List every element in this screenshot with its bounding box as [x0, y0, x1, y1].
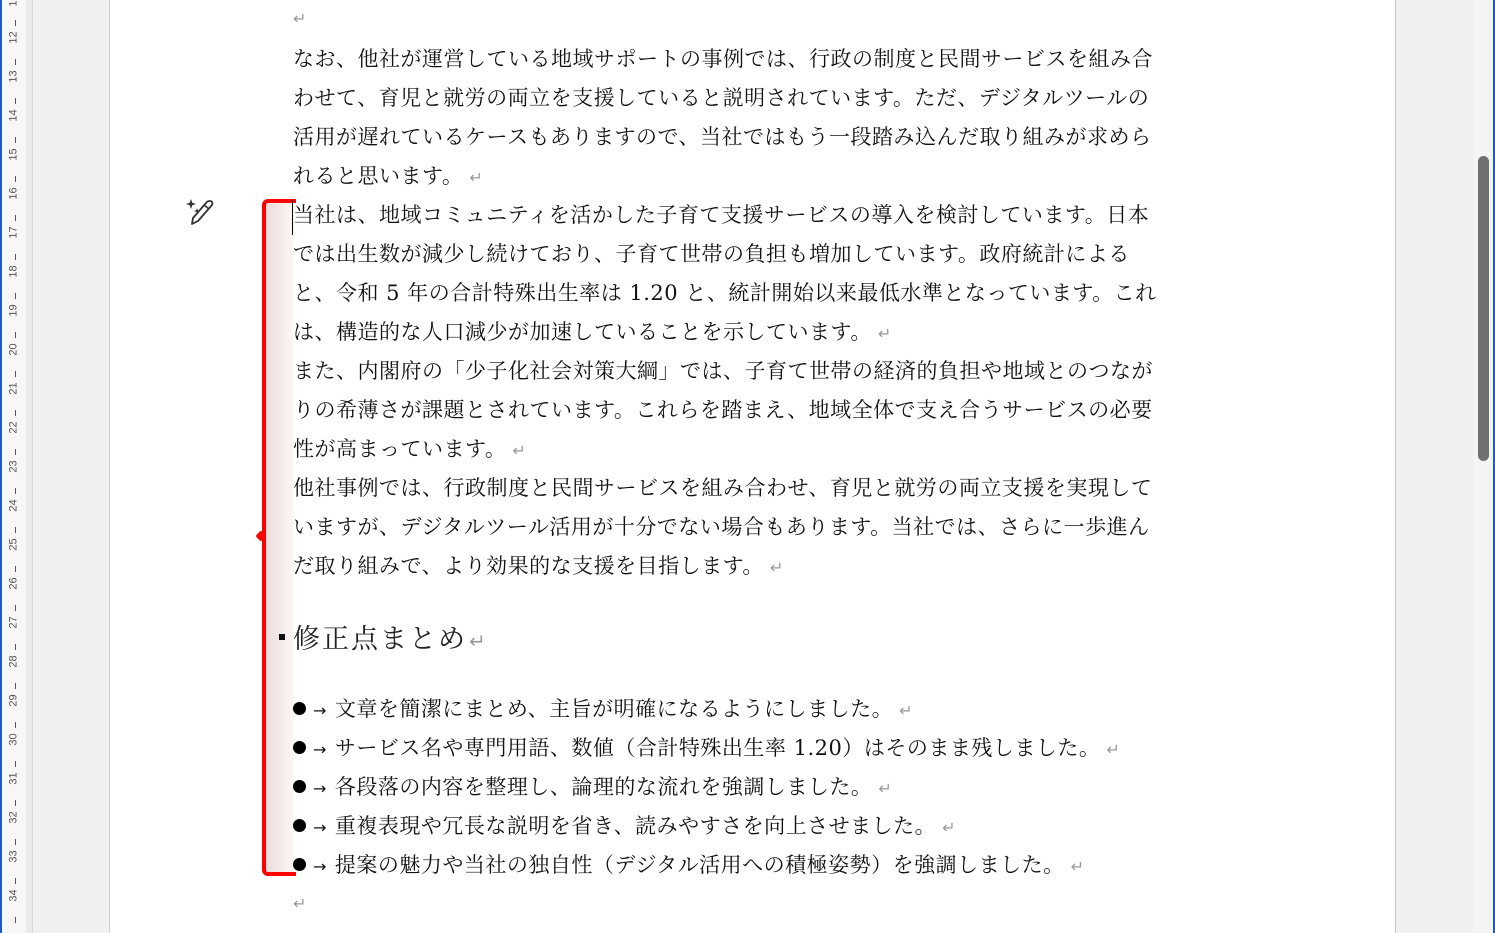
paragraph-mark: ↵ [512, 441, 526, 460]
ruler-tick: 19 [2, 305, 26, 316]
ruler-tick: 29 [2, 695, 26, 706]
text-line: では出生数が減少し続けており、子育て世帯の負担も増加しています。政府統計による [293, 235, 1157, 274]
text-line: りの希薄さが課題とされています。これらを踏まえ、地域全体で支え合うサービスの必要 [293, 391, 1153, 430]
paragraph-mark: ↵ [942, 818, 956, 837]
ruler-tick: 1 [2, 0, 26, 9]
ruler-tick: 25 [2, 539, 26, 550]
arrow-icon: → [313, 740, 327, 759]
ruler-tick: 26 [2, 578, 26, 589]
list-item[interactable]: →重複表現や冗長な説明を省き、読みやすさを向上させました。↵ [293, 807, 1120, 846]
paragraph-mark: ↵ [469, 168, 483, 187]
paragraph-mark: ↵ [469, 629, 488, 653]
revised-paragraph-3[interactable]: 他社事例では、行政制度と民間サービスを組み合わせ、育児と就労の両立支援を実現して… [293, 469, 1152, 586]
text-line: なお、他社が運営している地域サポートの事例では、行政の制度と民間サービスを組み合 [293, 40, 1153, 79]
ruler-tick: 31 [2, 773, 26, 784]
bullet-icon [293, 819, 306, 832]
ruler-tick: 15 [2, 149, 26, 160]
paragraph-mark: ↵ [1106, 740, 1120, 759]
summary-heading[interactable]: 修正点まとめ↵ [293, 620, 488, 661]
text-line: 当社は、地域コミュニティを活かした子育て支援サービスの導入を検討しています。日本 [293, 196, 1157, 235]
bullet-icon [293, 780, 306, 793]
bullet-icon [293, 702, 306, 715]
ruler-tick: 28 [2, 656, 26, 667]
arrow-icon: → [313, 701, 327, 720]
ruler-tick: 33 [2, 851, 26, 862]
paragraph-previous[interactable]: なお、他社が運営している地域サポートの事例では、行政の制度と民間サービスを組み合… [293, 40, 1153, 196]
ruler-tick: 24 [2, 500, 26, 511]
empty-paragraph-mark: ↵ [293, 9, 306, 28]
text-line: いますが、デジタルツール活用が十分でない場合もあります。当社では、さらに一歩進ん [293, 508, 1152, 547]
list-item[interactable]: →提案の魅力や当社の独自性（デジタル活用への積極姿勢）を強調しました。↵ [293, 846, 1120, 885]
ruler-tick: 30 [2, 734, 26, 745]
text-line: は、構造的な人口減少が加速していることを示しています。↵ [293, 313, 1157, 352]
revised-paragraph-2[interactable]: また、内閣府の「少子化社会対策大綱」では、子育て世帯の経済的負担や地域とのつなが… [293, 352, 1153, 469]
paragraph-mark: ↵ [878, 779, 892, 798]
text-line: 他社事例では、行政制度と民間サービスを組み合わせ、育児と就労の両立支援を実現して [293, 469, 1152, 508]
text-line: 性が高まっています。↵ [293, 430, 1153, 469]
arrow-icon: → [313, 818, 327, 837]
arrow-icon: → [313, 779, 327, 798]
ruler-tick: 13 [2, 71, 26, 82]
ruler-tick: 21 [2, 383, 26, 394]
summary-list: →文章を簡潔にまとめ、主旨が明確になるようにしました。↵ →サービス名や専門用語… [293, 690, 1120, 885]
ruler-tick: 27 [2, 617, 26, 628]
ruler-tick: 16 [2, 188, 26, 199]
arrow-icon: → [313, 857, 327, 876]
vertical-scrollbar[interactable] [1473, 0, 1493, 933]
list-item[interactable]: →サービス名や専門用語、数値（合計特殊出生率 1.20）はそのまま残しました。↵ [293, 729, 1120, 768]
scrollbar-thumb[interactable] [1478, 156, 1489, 461]
paragraph-mark: ↵ [770, 558, 784, 577]
text-line: 活用が遅れているケースもありますので、当社ではもう一段踏み込んだ取り組みが求めら [293, 118, 1153, 157]
paragraph-mark: ↵ [899, 701, 913, 720]
text-line: だ取り組みで、より効果的な支援を目指します。↵ [293, 547, 1152, 586]
ruler-tick: 18 [2, 266, 26, 277]
ai-rewrite-sparkle-icon[interactable] [184, 196, 216, 228]
text-line: わせて、育児と就労の両立を支援していると説明されています。ただ、デジタルツールの [293, 79, 1153, 118]
ruler-tick: 32 [2, 812, 26, 823]
ruler-tick: 17 [2, 227, 26, 238]
empty-paragraph-mark: ↵ [293, 894, 306, 913]
paragraph-mark: ↵ [878, 324, 892, 343]
ruler-dash [15, 917, 16, 923]
change-bracket[interactable] [262, 199, 296, 876]
text-line: と、令和 5 年の合計特殊出生率は 1.20 と、統計開始以来最低水準となってい… [293, 274, 1157, 313]
bullet-icon [293, 858, 306, 871]
ruler-tick: 34 [2, 890, 26, 901]
ruler-tick: 14 [2, 110, 26, 121]
text-line: また、内閣府の「少子化社会対策大綱」では、子育て世帯の経済的負担や地域とのつなが [293, 352, 1153, 391]
ruler-tick: 22 [2, 422, 26, 433]
heading-style-marker [279, 634, 285, 640]
ruler-tick: 20 [2, 344, 26, 355]
vertical-ruler: 1 12 13 14 15 16 17 18 19 20 21 22 23 24… [2, 0, 26, 933]
ruler-tick: 23 [2, 461, 26, 472]
text-line: れると思います。↵ [293, 157, 1153, 196]
list-item[interactable]: →各段落の内容を整理し、論理的な流れを強調しました。↵ [293, 768, 1120, 807]
ruler-tick: 12 [2, 32, 26, 43]
list-item[interactable]: →文章を簡潔にまとめ、主旨が明確になるようにしました。↵ [293, 690, 1120, 729]
bullet-icon [293, 741, 306, 754]
paragraph-mark: ↵ [1071, 857, 1085, 876]
revised-paragraph-1[interactable]: 当社は、地域コミュニティを活かした子育て支援サービスの導入を検討しています。日本… [293, 196, 1157, 352]
